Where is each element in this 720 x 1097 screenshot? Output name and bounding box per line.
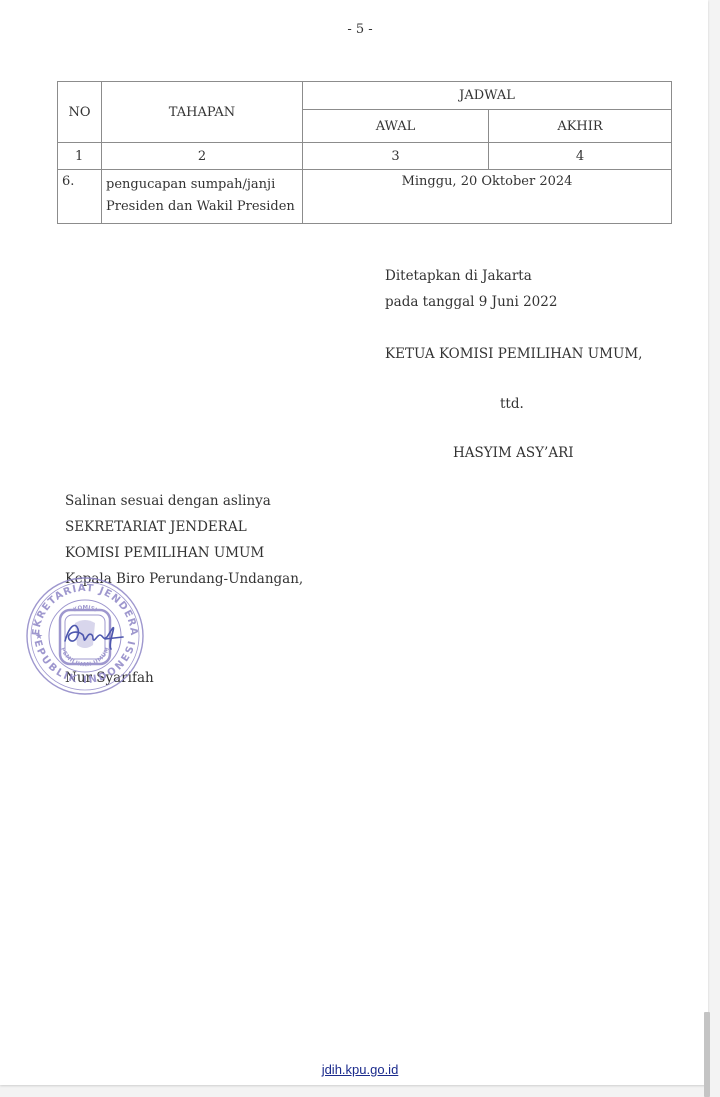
row-tahapan-line: pengucapan sumpah/janji	[106, 174, 302, 196]
table-index-row: 1 2 3 4	[58, 143, 672, 170]
header-akhir: AKHIR	[489, 110, 672, 143]
signature-date: pada tanggal 9 Juni 2022	[385, 294, 557, 310]
svg-text:★: ★	[35, 632, 43, 642]
official-stamp-icon: SEKRETARIAT JENDERAL REPUBLIK INDONESIA …	[23, 575, 148, 697]
header-awal: AWAL	[303, 110, 489, 143]
index-cell: 3	[303, 143, 489, 170]
index-cell: 4	[489, 143, 672, 170]
copy-line: KOMISI PEMILIHAN UMUM	[65, 545, 264, 561]
row-tahapan: pengucapan sumpah/janji Presiden dan Wak…	[102, 170, 303, 224]
jdih-link[interactable]: jdih.kpu.go.id	[322, 1062, 399, 1077]
footer: jdih.kpu.go.id	[0, 1062, 720, 1077]
row-jadwal: Minggu, 20 Oktober 2024	[303, 170, 672, 224]
signature-ttd: ttd.	[500, 396, 524, 412]
schedule-table: NO TAHAPAN JADWAL AWAL AKHIR 1 2 3 4 6. …	[57, 81, 672, 224]
table-header-row: NO TAHAPAN JADWAL	[58, 82, 672, 110]
signatory-name: HASYIM ASY’ARI	[453, 445, 574, 461]
page-number: - 5 -	[0, 22, 720, 37]
table-row: 6. pengucapan sumpah/janji Presiden dan …	[58, 170, 672, 224]
index-cell: 2	[102, 143, 303, 170]
svg-text:PEMILIHAN UMUM: PEMILIHAN UMUM	[59, 647, 111, 668]
copy-line: Salinan sesuai dengan aslinya	[65, 493, 271, 509]
header-no: NO	[58, 82, 102, 143]
signature-place: Ditetapkan di Jakarta	[385, 268, 532, 284]
document-page: - 5 - NO TAHAPAN JADWAL AWAL AKHIR 1 2 3…	[0, 0, 708, 1085]
signature-position: KETUA KOMISI PEMILIHAN UMUM,	[385, 346, 642, 362]
svg-text:KOMISI: KOMISI	[73, 605, 98, 614]
copy-line: SEKRETARIAT JENDERAL	[65, 519, 247, 535]
header-tahapan: TAHAPAN	[102, 82, 303, 143]
row-tahapan-line: Presiden dan Wakil Presiden	[106, 196, 302, 218]
row-number: 6.	[58, 170, 102, 224]
header-jadwal: JADWAL	[303, 82, 672, 110]
vertical-scrollbar[interactable]	[704, 1012, 710, 1097]
index-cell: 1	[58, 143, 102, 170]
